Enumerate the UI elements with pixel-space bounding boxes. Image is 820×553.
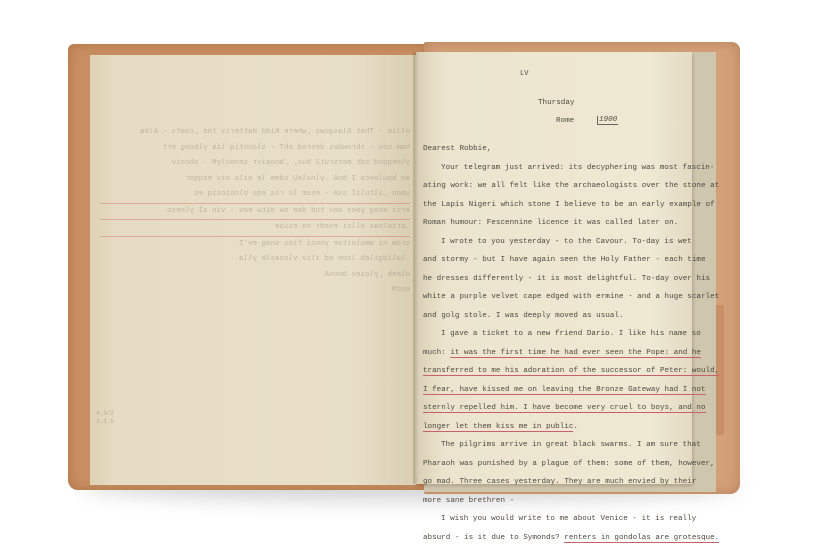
margin-note-line: 4.5/2 [96,410,114,418]
underlined-passage: I fear, have kissed me on leaving the Br… [423,386,706,395]
show-through-line: .lulidgileb lsom od iliv vlosaslb ylla [100,252,410,268]
letter-body: Dearest Robbie, Your telegram just arriv… [423,140,691,547]
letter-line: absurd - is it due to Symonds? renters i… [423,529,691,548]
letter-line: and stormy - but I have again seen the H… [423,251,691,270]
letter-line: Your telegram just arrived: its decypher… [423,159,691,178]
letter-line: white a purple velvet cape edged with er… [423,288,691,307]
letter-line: Roman humour: Fescennine licence it was … [423,214,691,233]
show-through-line: ymon ,iltuliI ssA - esam lo ris eqo olno… [100,187,410,204]
letter-line: more sane brethren - [423,492,691,511]
left-page-show-through-text: ollie - That Glasgows ,where Kidd Hatter… [100,125,410,299]
show-through-line: an boulovca I bnA .ylnoleU sdem le oils … [100,172,410,188]
margin-note-line: 3.1.5 [96,418,114,426]
salutation: Dearest Robbie, [423,140,691,159]
letter-line: I fear, have kissed me on leaving the Br… [423,381,691,400]
show-through-line: oleeb ,yloiev bnooA [100,268,410,284]
letter-line: ating work: we all felt like the archaeo… [423,177,691,196]
letter-line: I wish you would write to me about Venic… [423,510,691,529]
underlined-passage: it was the first time he had ever seen t… [450,349,701,358]
letter-line: he dresses differently - it is most deli… [423,270,691,289]
show-through-line: ollie - That Glasgows ,where Kidd Hatter… [100,125,410,141]
show-through-line: ham cos - sbrowdos desrod ehT - slouotiq… [100,141,410,157]
letter-day: Thursday [538,99,574,107]
show-through-line: eocM [100,283,410,299]
underlined-passage: sternly repelled him. I have become very… [423,404,706,413]
show-through-line: .orsolnas olloi esedr no esioe [100,220,410,237]
letter-line: transferred to me his adoration of the s… [423,362,691,381]
letter-line: The pilgrims arrive in great black swarm… [423,436,691,455]
letter-year: 1900 [597,116,618,125]
letter-line: Pharaoh was punished by a plague of them… [423,455,691,474]
show-through-line: srom ni amoloitve yonsi fios snog ev'I [100,237,410,253]
letter-line: the Lapis Nigeri which stone I believe t… [423,196,691,215]
letter-line: I gave a ticket to a new friend Dario. I… [423,325,691,344]
show-through-line: ylneqqod sdt mecsrut2 bus, ,bnoaivr seno… [100,156,410,172]
letter-line: and golg stole. I was deeply moved as us… [423,307,691,326]
underlined-passage: longer let them kiss me in public [423,423,573,432]
letter-line: sternly repelled him. I have become very… [423,399,691,418]
show-through-line: eris osog yoes oov tud dae ow oitw eov -… [100,204,410,221]
underlined-passage: transferred to me his adoration of the s… [423,367,719,376]
letter-line: longer let them kiss me in public. [423,418,691,437]
left-page-margin-note: 4.5/23.1.5 [96,410,114,426]
letter-line: go mad. Three cases yesterday. They are … [423,473,691,492]
underlined-passage: renters in gondolas are grotesque. [564,534,719,543]
letter-line: I wrote to you yesterday - to the Cavour… [423,233,691,252]
letter-line: much: it was the first time he had ever … [423,344,691,363]
letter-number: LV [520,70,528,78]
book-spine [413,52,419,484]
letter-place: Rome [556,117,574,125]
